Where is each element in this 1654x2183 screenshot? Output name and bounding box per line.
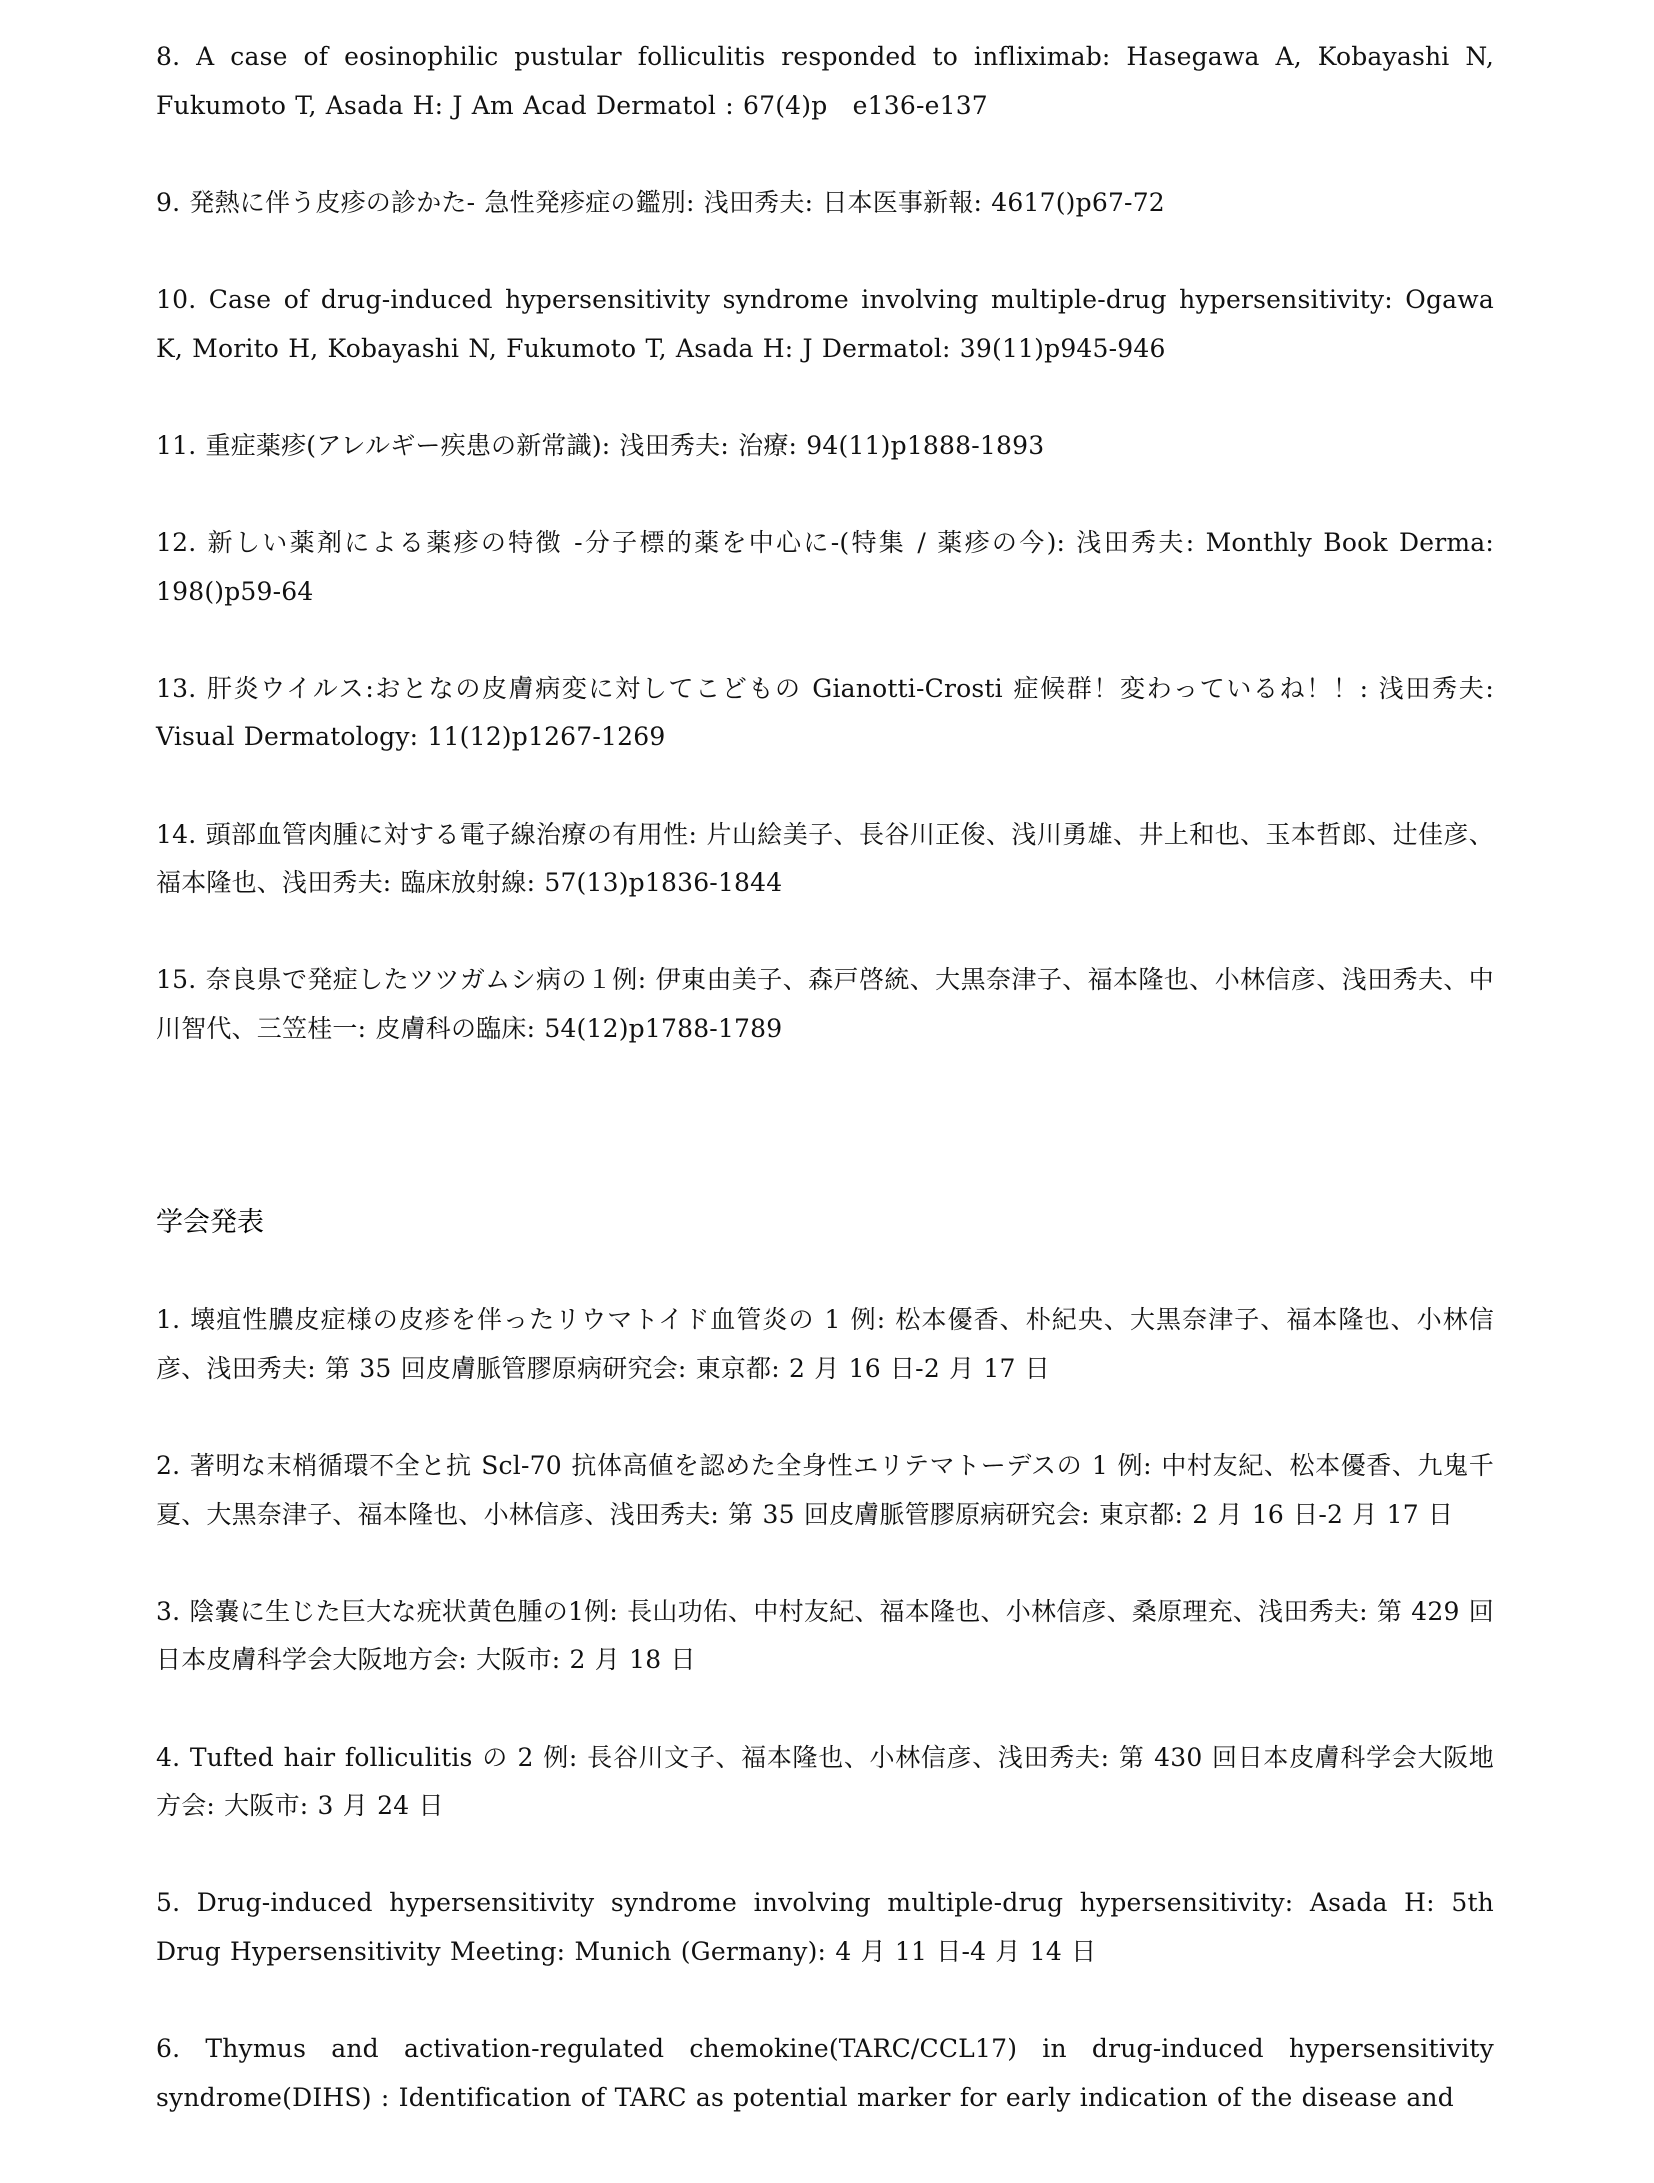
presentation-entry-6: 6. Thymus and activation-regulated chemo… [156, 2025, 1494, 2122]
paper-entry-11: 11. 重症薬疹(アレルギー疾患の新常識): 浅田秀夫: 治療: 94(11)p… [156, 422, 1494, 471]
paper-entry-12: 12. 新しい薬剤による薬疹の特徴 -分子標的薬を中心に-(特集 / 薬疹の今)… [156, 519, 1494, 616]
section-heading-presentations: 学会発表 [156, 1199, 1494, 1248]
document-page: 8. A case of eosinophilic pustular folli… [156, 33, 1494, 2171]
paper-entry-13: 13. 肝炎ウイルス:おとなの皮膚病変に対してこどもの Gianotti-Cro… [156, 665, 1494, 762]
presentation-entry-4: 4. Tufted hair folliculitis の 2 例: 長谷川文子… [156, 1734, 1494, 1831]
paper-entry-9: 9. 発熱に伴う皮疹の診かた- 急性発疹症の鑑別: 浅田秀夫: 日本医事新報: … [156, 179, 1494, 228]
presentation-entry-2: 2. 著明な末梢循環不全と抗 Scl-70 抗体高値を認めた全身性エリテマトーデ… [156, 1442, 1494, 1539]
papers-list: 8. A case of eosinophilic pustular folli… [156, 33, 1494, 1053]
section-spacer [156, 1102, 1494, 1199]
presentation-entry-3: 3. 陰嚢に生じた巨大な疣状黄色腫の1例: 長山功佑、中村友紀、福本隆也、小林信… [156, 1588, 1494, 1685]
presentation-entry-1: 1. 壊疽性膿皮症様の皮疹を伴ったリウマトイド血管炎の 1 例: 松本優香、朴紀… [156, 1296, 1494, 1393]
paper-entry-10: 10. Case of drug-induced hypersensitivit… [156, 276, 1494, 373]
paper-entry-15: 15. 奈良県で発症したツツガムシ病の１例: 伊東由美子、森戸啓統、大黒奈津子、… [156, 956, 1494, 1053]
presentations-section: 学会発表 1. 壊疽性膿皮症様の皮疹を伴ったリウマトイド血管炎の 1 例: 松本… [156, 1199, 1494, 2122]
paper-entry-8: 8. A case of eosinophilic pustular folli… [156, 33, 1494, 130]
presentation-entry-5: 5. Drug-induced hypersensitivity syndrom… [156, 1879, 1494, 1976]
paper-entry-14: 14. 頭部血管肉腫に対する電子線治療の有用性: 片山絵美子、長谷川正俊、浅川勇… [156, 811, 1494, 908]
